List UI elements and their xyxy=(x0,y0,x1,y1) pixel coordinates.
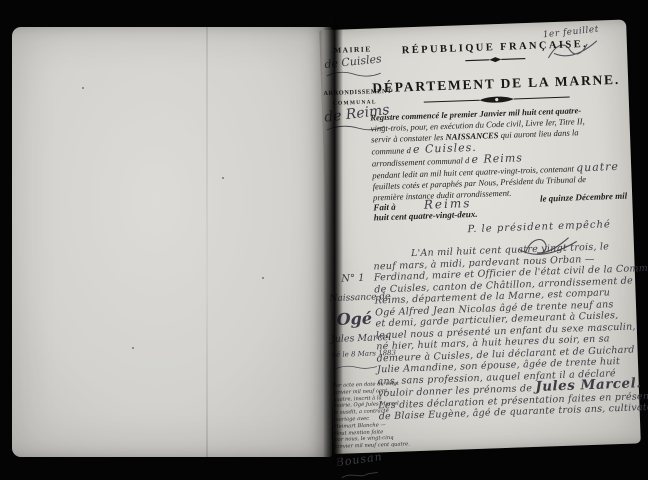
paper-speckle xyxy=(132,347,134,349)
act-number: N° 1 xyxy=(329,272,377,285)
act-surname: Ogé xyxy=(330,308,379,329)
page-header: RÉPUBLIQUE FRANÇAISE. DÉPARTEMENT DE LA … xyxy=(368,38,624,109)
paper-speckle xyxy=(222,177,224,179)
feuillets-count-fill: quatre xyxy=(576,160,619,174)
divider-ornament-icon xyxy=(422,92,572,106)
scanned-register-spread: 1er feuillet MAIRIE de Cuisles ARRONDISS… xyxy=(0,0,648,480)
divider-short-icon xyxy=(463,55,527,64)
act-title: Naissance de xyxy=(329,292,377,304)
page-fold-line xyxy=(206,27,208,457)
president-note: P. le président empêché xyxy=(467,219,611,235)
registre-paragraph: Registre commencé le premier Janvier mil… xyxy=(370,104,627,204)
margin-flourish-icon xyxy=(334,364,378,371)
act-date: né le 8 Mars 1883 xyxy=(331,349,379,359)
fait-date: le quinze Décembre mil xyxy=(540,191,628,204)
margin-signature-paraph-icon xyxy=(340,471,380,480)
act-body: L'An mil huit cent quatre vingt trois, l… xyxy=(373,241,637,423)
marginal-mention: Par acte en date du vingt janvier mil ne… xyxy=(333,381,383,451)
paper-speckle xyxy=(262,277,264,279)
margin-signature: Bousan xyxy=(335,450,384,470)
left-page-blank xyxy=(12,27,332,457)
act-firstnames: Jules Marcel xyxy=(331,332,379,345)
departement-title: DÉPARTEMENT DE LA MARNE. xyxy=(369,72,623,97)
republique-title: RÉPUBLIQUE FRANÇAISE. xyxy=(368,38,622,58)
paper-speckle xyxy=(82,87,84,89)
right-page-register-title: 1er feuillet MAIRIE de Cuisles ARRONDISS… xyxy=(319,20,641,454)
